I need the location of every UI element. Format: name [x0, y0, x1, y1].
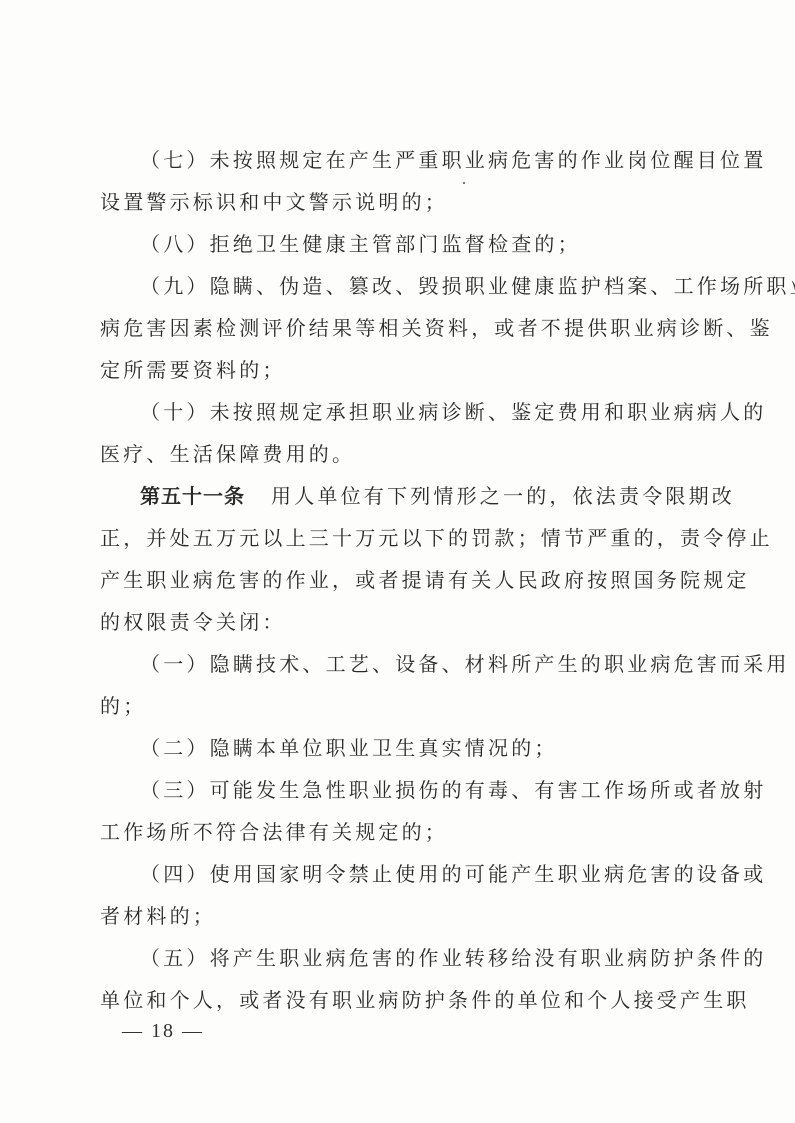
article-51-line-4: 的权限责令关闭： — [100, 610, 286, 634]
clause-3-line-1: （三）可能发生急性职业损伤的有毒、有害工作场所或者放射 — [140, 778, 766, 802]
item-7-line-1: （七）未按照规定在产生严重职业病危害的作业岗位醒目位置 — [140, 148, 766, 172]
item-10-line-2: 医疗、生活保障费用的。 — [100, 442, 355, 466]
clause-4-line-1: （四）使用国家明令禁止使用的可能产生职业病危害的设备或 — [140, 862, 766, 886]
clause-3-line-2: 工作场所不符合法律有关规定的； — [100, 820, 448, 844]
item-9-line-2: 病危害因素检测评价结果等相关资料，或者不提供职业病诊断、鉴 — [100, 316, 773, 340]
article-51-line-2: 正，并处五万元以上三十万元以下的罚款；情节严重的，责令停止 — [100, 526, 773, 550]
clause-1-line-1: （一）隐瞒技术、工艺、设备、材料所产生的职业病危害而采用 — [140, 652, 790, 676]
article-51-line-3: 产生职业病危害的作业，或者提请有关人民政府按照国务院规定 — [100, 568, 750, 592]
clause-5-line-2: 单位和个人，或者没有职业病防护条件的单位和个人接受产生职 — [100, 988, 750, 1012]
page-number: — 18 — — [122, 1020, 204, 1043]
item-8-line: （八）拒绝卫生健康主管部门监督检查的； — [140, 232, 581, 256]
scan-speck — [463, 182, 465, 184]
item-9-line-1: （九）隐瞒、伪造、篡改、毁损职业健康监护档案、工作场所职业 — [140, 274, 795, 298]
article-51-text: 用人单位有下列情形之一的，依法责令限期改 — [271, 484, 735, 508]
clause-5-line-1: （五）将产生职业病危害的作业转移给没有职业病防护条件的 — [140, 946, 766, 970]
item-7-line-2: 设置警示标识和中文警示说明的； — [100, 190, 448, 214]
item-10-line-1: （十）未按照规定承担职业病诊断、鉴定费用和职业病病人的 — [140, 400, 766, 424]
document-page: （七）未按照规定在产生严重职业病危害的作业岗位醒目位置 设置警示标识和中文警示说… — [0, 0, 795, 1123]
clause-1-line-2: 的； — [100, 694, 146, 718]
item-9-line-3: 定所需要资料的； — [100, 358, 286, 382]
clause-4-line-2: 者材料的； — [100, 904, 216, 928]
clause-2-line: （二）隐瞒本单位职业卫生真实情况的； — [140, 736, 558, 760]
article-51-line-1: 第五十一条用人单位有下列情形之一的，依法责令限期改 — [140, 484, 735, 508]
article-heading: 第五十一条 — [140, 484, 245, 508]
